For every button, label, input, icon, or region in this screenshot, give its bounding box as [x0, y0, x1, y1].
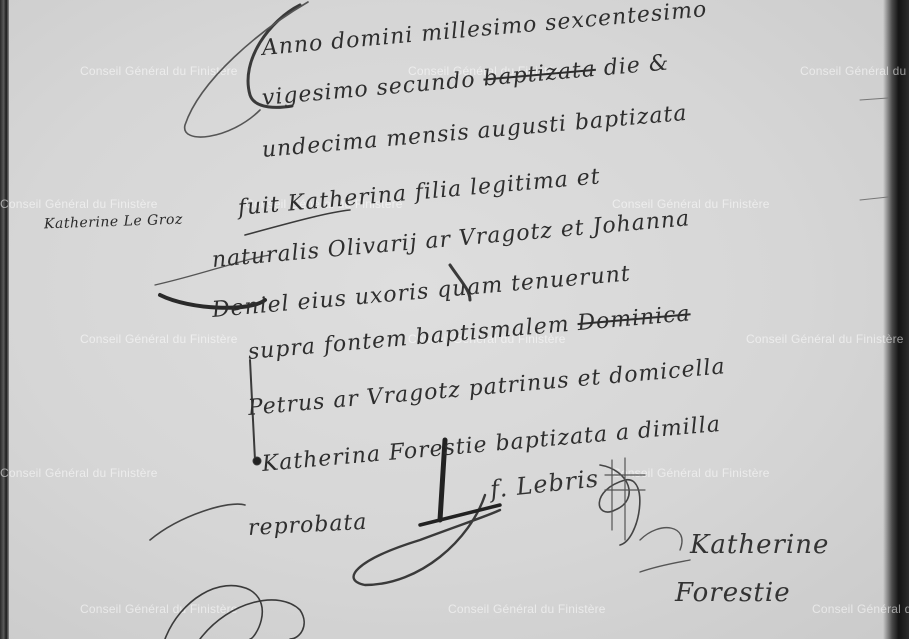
- reprobata-swash: [150, 504, 245, 540]
- watermark-text: Conseil Général du Finistère: [612, 466, 770, 480]
- watermark-text: Conseil Général du Finistère: [80, 64, 238, 78]
- watermark-text: Conseil Général du Finistère: [612, 197, 770, 211]
- record-line: Petrus ar Vragotz patrinus et domicella: [247, 354, 727, 421]
- watermark-text: Conseil Général du Finistère: [80, 332, 238, 346]
- godmother-signature-last: Forestie: [675, 578, 791, 608]
- watermark-text: Conseil Général du Finistère: [0, 466, 158, 480]
- watermark-text: Conseil Général du Finistère: [0, 197, 158, 211]
- record-line: reprobata: [247, 510, 368, 541]
- margin-note-name: Katherine Le Groz: [44, 212, 183, 233]
- record-line: undecima mensis augusti baptizata: [261, 101, 689, 163]
- priest-signature: f. Lebris: [489, 464, 601, 503]
- manuscript-page: Conseil Général du FinistèreConseil Géné…: [0, 0, 909, 639]
- page-left-edge: [0, 0, 9, 639]
- struck-word: baptizata: [482, 57, 597, 92]
- record-line: fuit Katherina filia legitima et: [237, 164, 602, 221]
- godmother-signature-first: Katherine: [690, 530, 829, 560]
- record-line: vigesimo secundo baptizata die &: [261, 50, 670, 111]
- watermark-text: Conseil Général du Finistère: [448, 602, 606, 616]
- watermark-text: Conseil Général du Finistère: [80, 602, 238, 616]
- priest-signature-loop: [354, 495, 500, 585]
- watermark-text: Conseil Général du Finistère: [812, 602, 909, 616]
- watermark-text: Conseil Général du Finistère: [800, 64, 909, 78]
- struck-word: Dominica: [576, 301, 691, 336]
- page-binding-shadow: [883, 0, 909, 639]
- watermark-text: Conseil Général du Finistère: [746, 332, 904, 346]
